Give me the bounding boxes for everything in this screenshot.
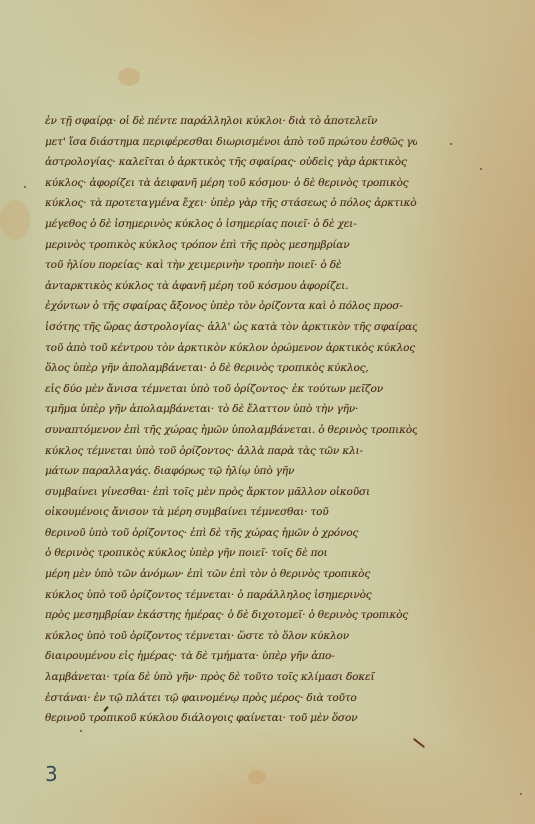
text-line: τοῦ ἀπὸ τοῦ κέντρου τὸν ἀρκτικὸν κύκλον … bbox=[45, 338, 417, 359]
text-line: μερινὸς τροπικὸς κύκλος τρόπον ἐπὶ τῆς π… bbox=[45, 235, 417, 256]
text-line: κύκλος τέμνεται ὑπὸ τοῦ ὁρίζοντος· ἀλλὰ … bbox=[45, 441, 417, 462]
text-line: συναπτόμενον ἐπὶ τῆς χώρας ἡμῶν ὑπολαμβά… bbox=[45, 420, 417, 441]
foxing-stain bbox=[118, 68, 140, 86]
foxing-stain bbox=[248, 770, 266, 784]
text-line: συμβαίνει γίνεσθαι· ἐπὶ τοῖς μὲν πρὸς ἄρ… bbox=[45, 482, 417, 503]
speck bbox=[480, 168, 482, 170]
text-line: κύκλος· τὰ προτεταγμένα ἔχει· ὑπὲρ γὰρ τ… bbox=[45, 193, 417, 214]
text-line: μάτων παραλλαγάς. διαφόρως τῷ ἡλίῳ ὑπὸ γ… bbox=[45, 461, 417, 482]
text-line: ἰσότης τῆς ὥρας ἀστρολογίας· ἀλλ' ὡς κατ… bbox=[45, 317, 417, 338]
text-line: ὅλος ὑπὲρ γῆν ἀπολαμβάνεται· ὁ δὲ θερινὸ… bbox=[45, 358, 417, 379]
text-line: οἰκουμένοις ἄνισον τὰ μέρη συμβαίνει τέμ… bbox=[45, 502, 417, 523]
text-line: ἀστρολογίας· καλεῖται ὁ ἀρκτικὸς τῆς σφα… bbox=[45, 152, 417, 173]
text-line: ὁ θερινὸς τροπικὸς κύκλος ὑπὲρ γῆν ποιεῖ… bbox=[45, 543, 417, 564]
text-line: κύκλος ὑπὸ τοῦ ὁρίζοντος τέμνεται· ὁ παρ… bbox=[45, 585, 417, 606]
text-line: μέρη μὲν ὑπὸ τῶν ἀνόμων· ἐπὶ τῶν ἐπὶ τὸν… bbox=[45, 564, 417, 585]
text-line: ἀνταρκτικὸς κύκλος τὰ ἀφανῆ μέρη τοῦ κόσ… bbox=[45, 276, 417, 297]
text-line: κύκλος ὑπὸ τοῦ ὁρίζοντος τέμνεται· ὥστε … bbox=[45, 626, 417, 647]
text-line: τοῦ ἡλίου πορείας· καὶ τὴν χειμερινὴν τρ… bbox=[45, 255, 417, 276]
text-line: διαιρουμένου εἰς ἡμέρας· τὰ δὲ τμήματα· … bbox=[45, 646, 417, 667]
text-line: ἑστάναι· ἐν τῷ πλάτει τῷ φαινομένῳ πρὸς … bbox=[45, 688, 417, 709]
speck bbox=[520, 793, 522, 795]
text-line: τμῆμα ὑπὲρ γῆν ἀπολαμβάνεται· τὸ δὲ ἔλατ… bbox=[45, 399, 417, 420]
text-line: πρὸς μεσημβρίαν ἑκάστης ἡμέρας· ὁ δὲ διχ… bbox=[45, 605, 417, 626]
text-line: ἐν τῇ σφαίρᾳ· οἱ δὲ πέντε παράλληλοι κύκ… bbox=[45, 111, 417, 132]
text-line: μετ' ἴσα διάστημα περιφέρεσθαι διωρισμέν… bbox=[45, 132, 417, 153]
manuscript-page: ἐν τῇ σφαίρᾳ· οἱ δὲ πέντε παράλληλοι κύκ… bbox=[0, 0, 535, 824]
manuscript-text: ἐν τῇ σφαίρᾳ· οἱ δὲ πέντε παράλληλοι κύκ… bbox=[45, 111, 417, 729]
speck bbox=[80, 730, 82, 732]
speck bbox=[450, 143, 452, 145]
text-line: μέγεθος ὁ δὲ ἰσημερινὸς κύκλος ὁ ἰσημερί… bbox=[45, 214, 417, 235]
text-line: εἰς δύο μὲν ἄνισα τέμνεται ὑπὸ τοῦ ὁρίζο… bbox=[45, 379, 417, 400]
text-line: θερινοῦ ὑπὸ τοῦ ὁρίζοντος· ἐπὶ δὲ τῆς χώ… bbox=[45, 523, 417, 544]
text-line: κύκλος· ἀφορίζει τὰ ἀειφανῆ μέρη τοῦ κόσ… bbox=[45, 173, 417, 194]
folio-number: 3 bbox=[45, 762, 58, 786]
text-line: ἐχόντων ὁ τῆς σφαίρας ἄξονος ὑπὲρ τὸν ὁρ… bbox=[45, 296, 417, 317]
text-line: λαμβάνεται· τρία δὲ ὑπὸ γῆν· πρὸς δὲ τοῦ… bbox=[45, 667, 417, 688]
speck bbox=[24, 186, 26, 188]
ink-mark bbox=[413, 738, 425, 748]
text-line: θερινοῦ τροπικοῦ κύκλου διάλογοις φαίνετ… bbox=[45, 708, 417, 729]
foxing-stain bbox=[0, 200, 30, 240]
